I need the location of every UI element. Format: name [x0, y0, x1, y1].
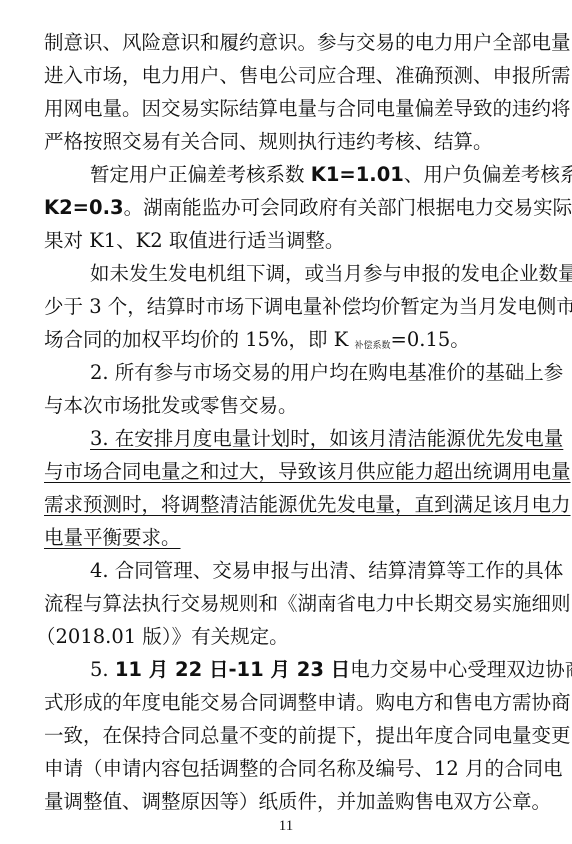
text-line: 量调整值、调整原因等）纸质件，并加盖购售电双方公章。: [44, 790, 520, 814]
coefficient-k1: K1=1.01: [311, 163, 404, 186]
text-line: 5. 11 月 22 日-11 月 23 日电力交易中心受理双边协商方: [90, 658, 520, 682]
text-line: 4. 合同管理、交易申报与出清、结算清算等工作的具体: [90, 559, 520, 583]
text-line: 流程与算法执行交易规则和《湖南省电力中长期交易实施细则: [44, 592, 520, 616]
text-line: 暂定用户正偏差考核系数 K1=1.01、用户负偏差考核系数: [90, 163, 520, 187]
text-segment: 5.: [90, 658, 115, 681]
text-segment: 暂定用户正偏差考核系数: [90, 163, 311, 186]
text-segment: =0.15。: [391, 328, 470, 351]
text-line: 果对 K1、K2 取值进行适当调整。: [44, 229, 520, 253]
text-segment: 电力交易中心受理双边协商方: [350, 658, 572, 681]
text-line: K2=0.3。湖南能监办可会同政府有关部门根据电力交易实际结: [44, 196, 520, 220]
text-segment: 场合同的加权平均价的 15%，即 K: [44, 328, 355, 351]
text-segment: 、用户负偏差考核系数: [404, 163, 572, 186]
text-line: 一致，在保持合同总量不变的前提下，提出年度合同电量变更: [44, 724, 520, 748]
text-line: 2. 所有参与市场交易的用户均在购电基准价的基础上参: [90, 361, 520, 385]
text-line: 少于 3 个，结算时市场下调电量补偿均价暂定为当月发电侧市: [44, 295, 520, 319]
document-page: 制意识、风险意识和履约意识。参与交易的电力用户全部电量 进入市场，电力用户、售电…: [0, 0, 572, 844]
underlined-text-line: 电量平衡要求。: [44, 526, 181, 550]
text-line: 场合同的加权平均价的 15%，即 K 补偿系数=0.15。: [44, 328, 520, 352]
underlined-text-line: 与市场合同电量之和过大，导致该月供应能力超出统调用电量: [44, 460, 520, 484]
text-line: 申请（申请内容包括调整的合同名称及编号、12 月的合同电: [44, 757, 520, 781]
underlined-text-line: 3. 在安排月度电量计划时，如该月清洁能源优先发电量: [90, 427, 520, 451]
date-range: 11 月 22 日-11 月 23 日: [115, 658, 350, 681]
text-line: 用网电量。因交易实际结算电量与合同电量偏差导致的违约将: [44, 97, 520, 121]
text-line: 如未发生发电机组下调，或当月参与申报的发电企业数量: [90, 262, 520, 286]
text-line: 式形成的年度电能交易合同调整申请。购电方和售电方需协商: [44, 691, 520, 715]
text-line: 严格按照交易有关合同、规则执行违约考核、结算。: [44, 130, 520, 154]
text-line: （2018.01 版）》有关规定。: [36, 625, 512, 649]
coefficient-k2: K2=0.3: [44, 196, 124, 219]
text-line: 与本次市场批发或零售交易。: [44, 394, 520, 418]
page-number: 11: [0, 818, 572, 835]
text-segment: 。湖南能监办可会同政府有关部门根据电力交易实际结: [124, 196, 572, 219]
subscript-compensation-coefficient: 补偿系数: [355, 341, 391, 351]
text-line: 进入市场，电力用户、售电公司应合理、准确预测、申报所需: [44, 64, 520, 88]
text-line: 制意识、风险意识和履约意识。参与交易的电力用户全部电量: [44, 31, 520, 55]
underlined-text-line: 需求预测时，将调整清洁能源优先发电量，直到满足该月电力: [44, 493, 520, 517]
